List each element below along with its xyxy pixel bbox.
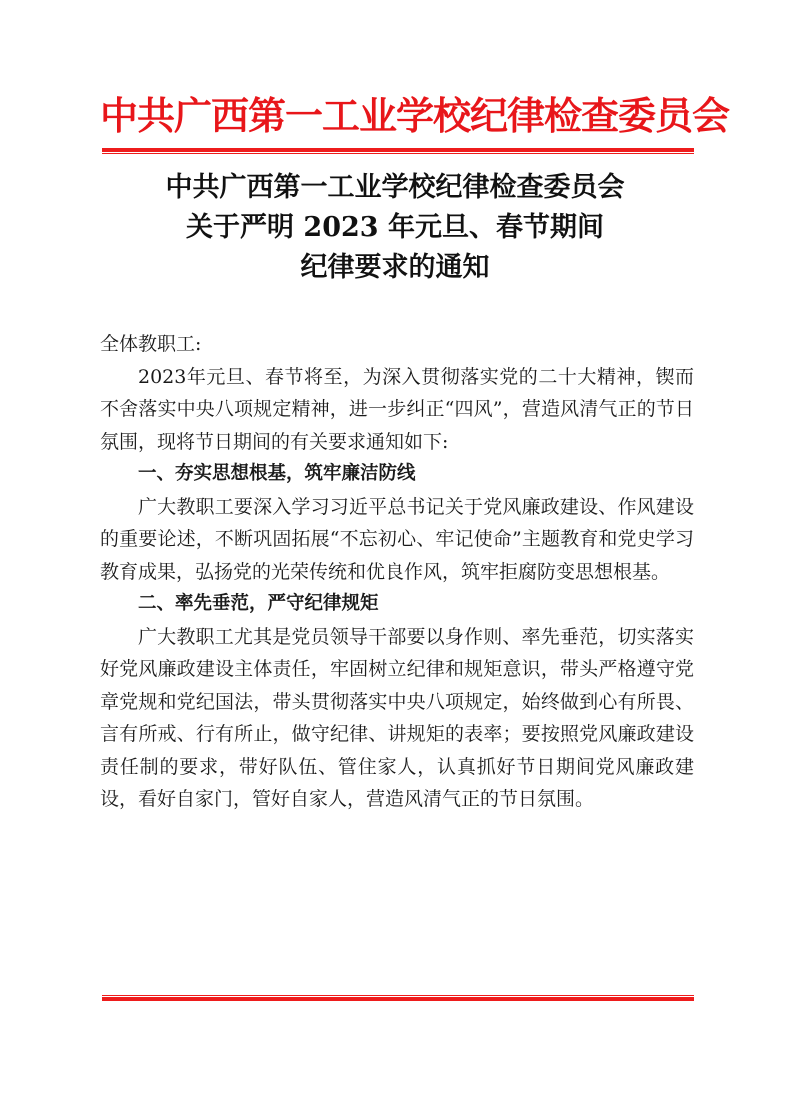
rule-thick-line: [102, 997, 694, 1001]
rule-thin-line: [102, 153, 694, 154]
section-paragraph-2: 广大教职工尤其是党员领导干部要以身作则、率先垂范，切实落实好党风廉政建设主体责任…: [100, 621, 694, 816]
section-heading-2: 二、率先垂范，严守纪律规矩: [100, 588, 694, 621]
intro-paragraph: 2023年元旦、春节将至，为深入贯彻落实党的二十大精神，锲而不舍落实中央八项规定…: [100, 361, 694, 459]
footer-red-rule: [102, 995, 694, 1001]
masthead-red-rule: [102, 148, 694, 154]
title-line-3: 纪律要求的通知: [100, 248, 690, 288]
document-page: 中共广西第一工业学校纪律检查委员会 中共广西第一工业学校纪律检查委员会 关于严明…: [0, 0, 788, 1114]
section-heading-1: 一、夯实思想根基，筑牢廉洁防线: [100, 458, 694, 491]
salutation: 全体教职工:: [100, 328, 694, 361]
masthead-title: 中共广西第一工业学校纪律检查委员会: [100, 92, 690, 140]
document-title: 中共广西第一工业学校纪律检查委员会 关于严明 2023 年元旦、春节期间 纪律要…: [100, 168, 690, 288]
title-line-1: 中共广西第一工业学校纪律检查委员会: [100, 168, 690, 208]
section-paragraph-1: 广大教职工要深入学习习近平总书记关于党风廉政建设、作风建设的重要论述，不断巩固拓…: [100, 491, 694, 589]
document-body: 全体教职工: 2023年元旦、春节将至，为深入贯彻落实党的二十大精神，锲而不舍落…: [100, 328, 694, 816]
title-line-2: 关于严明 2023 年元旦、春节期间: [100, 208, 690, 248]
